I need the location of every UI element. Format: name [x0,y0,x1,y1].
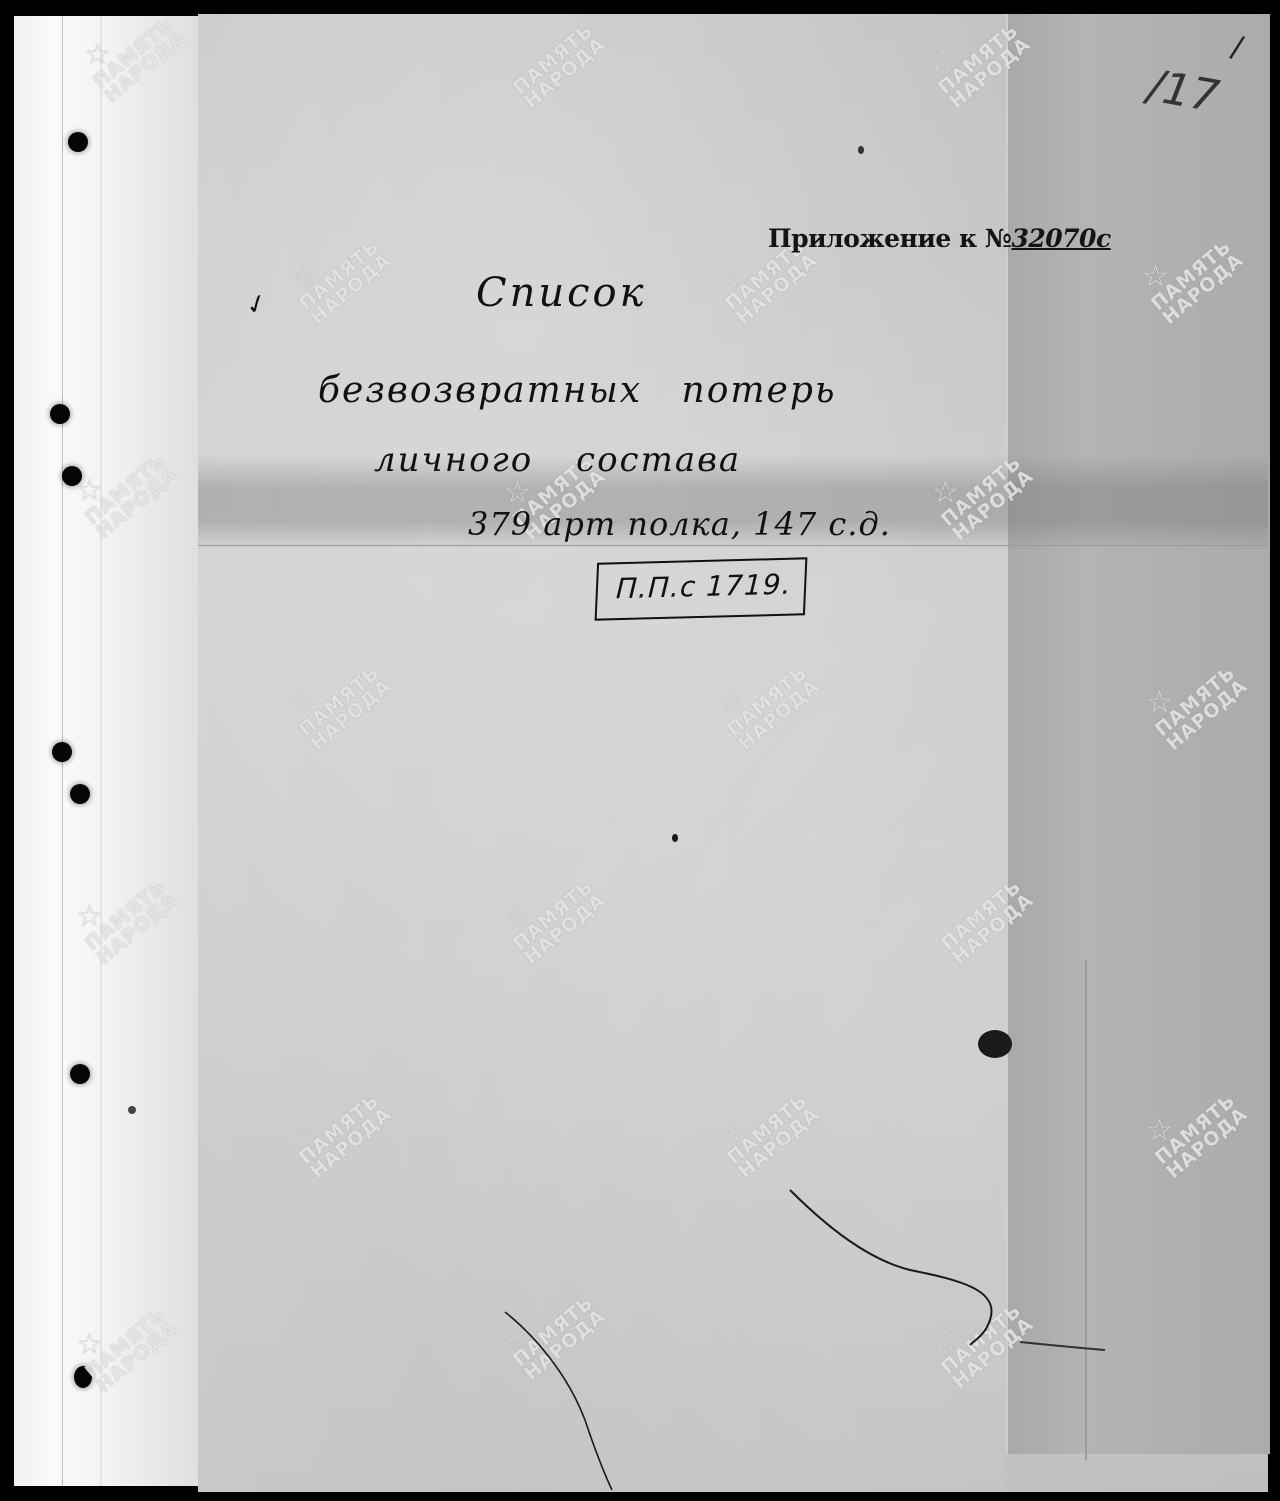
ink-dot [858,146,864,154]
punch-hole [74,1366,92,1388]
punch-hole [70,784,90,804]
handwritten-line-personnel: личного состава [374,440,741,480]
punch-hole [70,1064,90,1084]
punch-hole [52,742,72,762]
punch-hole [50,404,70,424]
punch-hole [68,132,88,152]
binding-strip [14,16,210,1486]
boxed-registry-stamp: П.П.с 1719. [595,557,808,620]
handwritten-line-losses: безвозвратных потерь [318,370,837,411]
handwritten-title: Список [476,270,647,316]
handwritten-line-unit: 379 арт полка, 147 с.д. [468,505,891,543]
horizontal-fold-line [198,545,1268,546]
printed-appendix-header: Приложение к №32070с [768,224,1111,253]
ink-stain [978,1030,1012,1058]
ink-dot [672,834,678,842]
ink-dot [128,1106,136,1114]
appendix-number: 32070с [1011,224,1110,253]
binding-edge-line [100,16,102,1486]
scanned-document: ☆ ПАМЯТЬНАРОДА ☆ ПАМЯТЬНАРОДА ☆ ПАМЯТЬНА… [0,0,1280,1501]
appendix-label: Приложение к № [768,224,1011,253]
flap-fold-line [1085,960,1087,1460]
punch-hole [62,466,82,486]
stamp-text: П.П.с 1719. [615,568,792,606]
